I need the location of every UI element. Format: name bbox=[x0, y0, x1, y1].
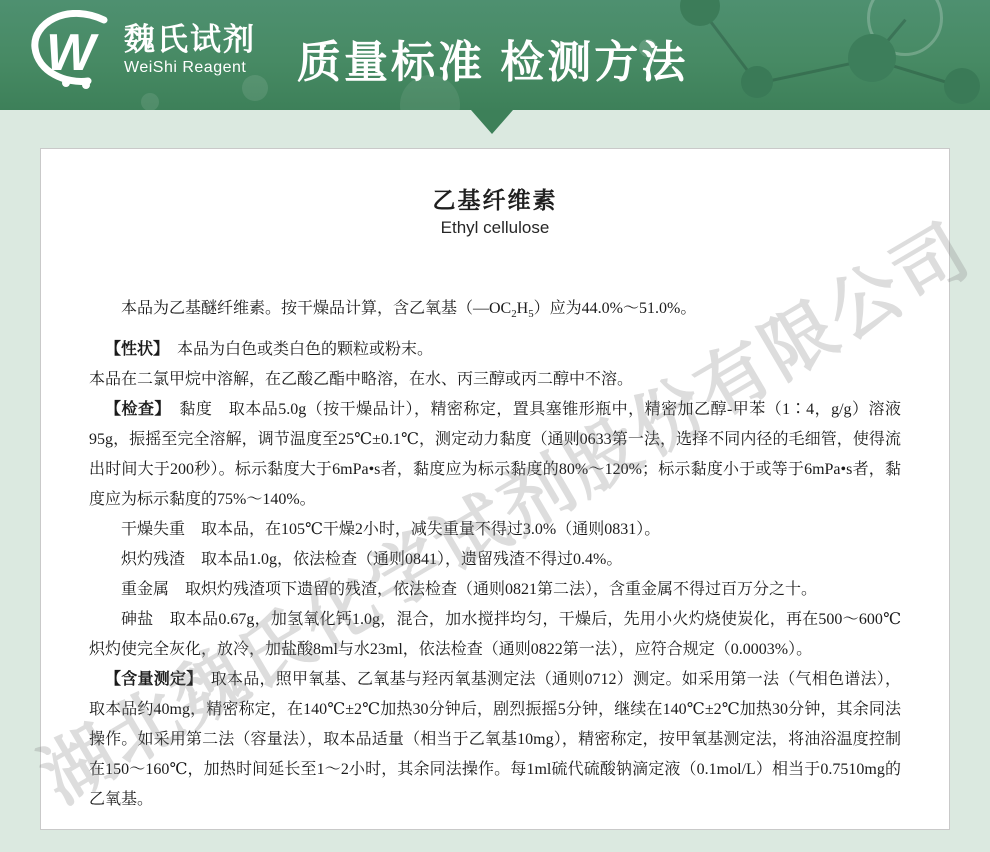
section-text: 砷盐 取本品0.67g，加氢氧化钙1.0g，混合，加水搅拌均匀，干燥后，先用小火… bbox=[89, 611, 901, 658]
doc-body: 本品为乙基醚纤维素。按干燥品计算，含乙氧基（—OC2H5）应为44.0%～51.… bbox=[89, 294, 901, 815]
document-card: 乙基纤维素 Ethyl cellulose 本品为乙基醚纤维素。按干燥品计算，含… bbox=[40, 148, 950, 830]
banner-title: 质量标准 检测方法 bbox=[297, 26, 688, 90]
weishi-w-icon: W bbox=[26, 10, 116, 90]
intro-text-pre: 本品为乙基醚纤维素。按干燥品计算，含乙氧基（—OC bbox=[121, 300, 511, 317]
paragraph-jiancha: 【检查】 黏度 取本品5.0g（按干燥品计），精密称定，置具塞锥形瓶中，精密加乙… bbox=[89, 395, 901, 515]
svg-text:W: W bbox=[46, 24, 99, 82]
paragraph-arsenic: 砷盐 取本品0.67g，加氢氧化钙1.0g，混合，加水搅拌均匀，干燥后，先用小火… bbox=[89, 605, 901, 665]
section-text: 炽灼残渣 取本品1.0g，依法检查（通则0841），遗留残渣不得过0.4%。 bbox=[121, 551, 622, 568]
paragraph-drying-loss: 干燥失重 取本品，在105℃干燥2小时，减失重量不得过3.0%（通则0831）。 bbox=[89, 515, 901, 545]
paragraph-solubility: 本品在二氯甲烷中溶解，在乙酸乙酯中略溶，在水、丙三醇或丙二醇中不溶。 bbox=[89, 365, 901, 395]
brand-name-cn: 魏氏试剂 bbox=[124, 22, 256, 58]
section-text: 取本品，照甲氧基、乙氧基与羟丙氧基测定法（通则0712）测定。如采用第一法（气相… bbox=[89, 671, 901, 808]
section-label: 【检查】 bbox=[105, 401, 163, 418]
section-text: 干燥失重 取本品，在105℃干燥2小时，减失重量不得过3.0%（通则0831）。 bbox=[121, 521, 660, 538]
molecule-decoration bbox=[141, 93, 159, 110]
brand-logo: W 魏氏试剂 WeiShi Reagent bbox=[26, 10, 256, 90]
section-label: 【含量测定】 bbox=[105, 671, 195, 688]
paragraph-xingzhuang: 【性状】 本品为白色或类白色的颗粒或粉末。 bbox=[89, 335, 901, 365]
doc-title-en: Ethyl cellulose bbox=[89, 215, 901, 241]
intro-text-mid: H bbox=[517, 300, 529, 317]
paragraph-intro: 本品为乙基醚纤维素。按干燥品计算，含乙氧基（—OC2H5）应为44.0%～51.… bbox=[89, 294, 901, 324]
molecule-decoration bbox=[848, 34, 896, 82]
molecule-decoration bbox=[944, 68, 980, 104]
section-text: 本品在二氯甲烷中溶解，在乙酸乙酯中略溶，在水、丙三醇或丙二醇中不溶。 bbox=[89, 371, 633, 388]
page: W 魏氏试剂 WeiShi Reagent 质量标准 检测方法 乙基纤维素 Et… bbox=[0, 0, 990, 852]
section-text: 本品为白色或类白色的颗粒或粉末。 bbox=[161, 341, 433, 358]
header-notch-arrow bbox=[471, 110, 513, 134]
paragraph-assay: 【含量测定】 取本品，照甲氧基、乙氧基与羟丙氧基测定法（通则0712）测定。如采… bbox=[89, 665, 901, 815]
molecule-decoration bbox=[680, 0, 720, 26]
paragraph-heavy-metals: 重金属 取炽灼残渣项下遗留的残渣，依法检查（通则0821第二法），含重金属不得过… bbox=[89, 575, 901, 605]
molecule-decoration bbox=[741, 66, 773, 98]
section-label: 【性状】 bbox=[105, 341, 161, 358]
section-text: 重金属 取炽灼残渣项下遗留的残渣，依法检查（通则0821第二法），含重金属不得过… bbox=[121, 581, 817, 598]
header-banner: W 魏氏试剂 WeiShi Reagent 质量标准 检测方法 bbox=[0, 0, 990, 110]
paragraph-ignition-residue: 炽灼残渣 取本品1.0g，依法检查（通则0841），遗留残渣不得过0.4%。 bbox=[89, 545, 901, 575]
section-text: 黏度 取本品5.0g（按干燥品计），精密称定，置具塞锥形瓶中，精密加乙醇-甲苯（… bbox=[89, 401, 901, 508]
doc-title-cn: 乙基纤维素 bbox=[89, 185, 901, 215]
brand-text: 魏氏试剂 WeiShi Reagent bbox=[124, 22, 256, 78]
brand-name-en: WeiShi Reagent bbox=[124, 58, 256, 78]
intro-text-post: ）应为44.0%～51.0%。 bbox=[534, 300, 697, 317]
